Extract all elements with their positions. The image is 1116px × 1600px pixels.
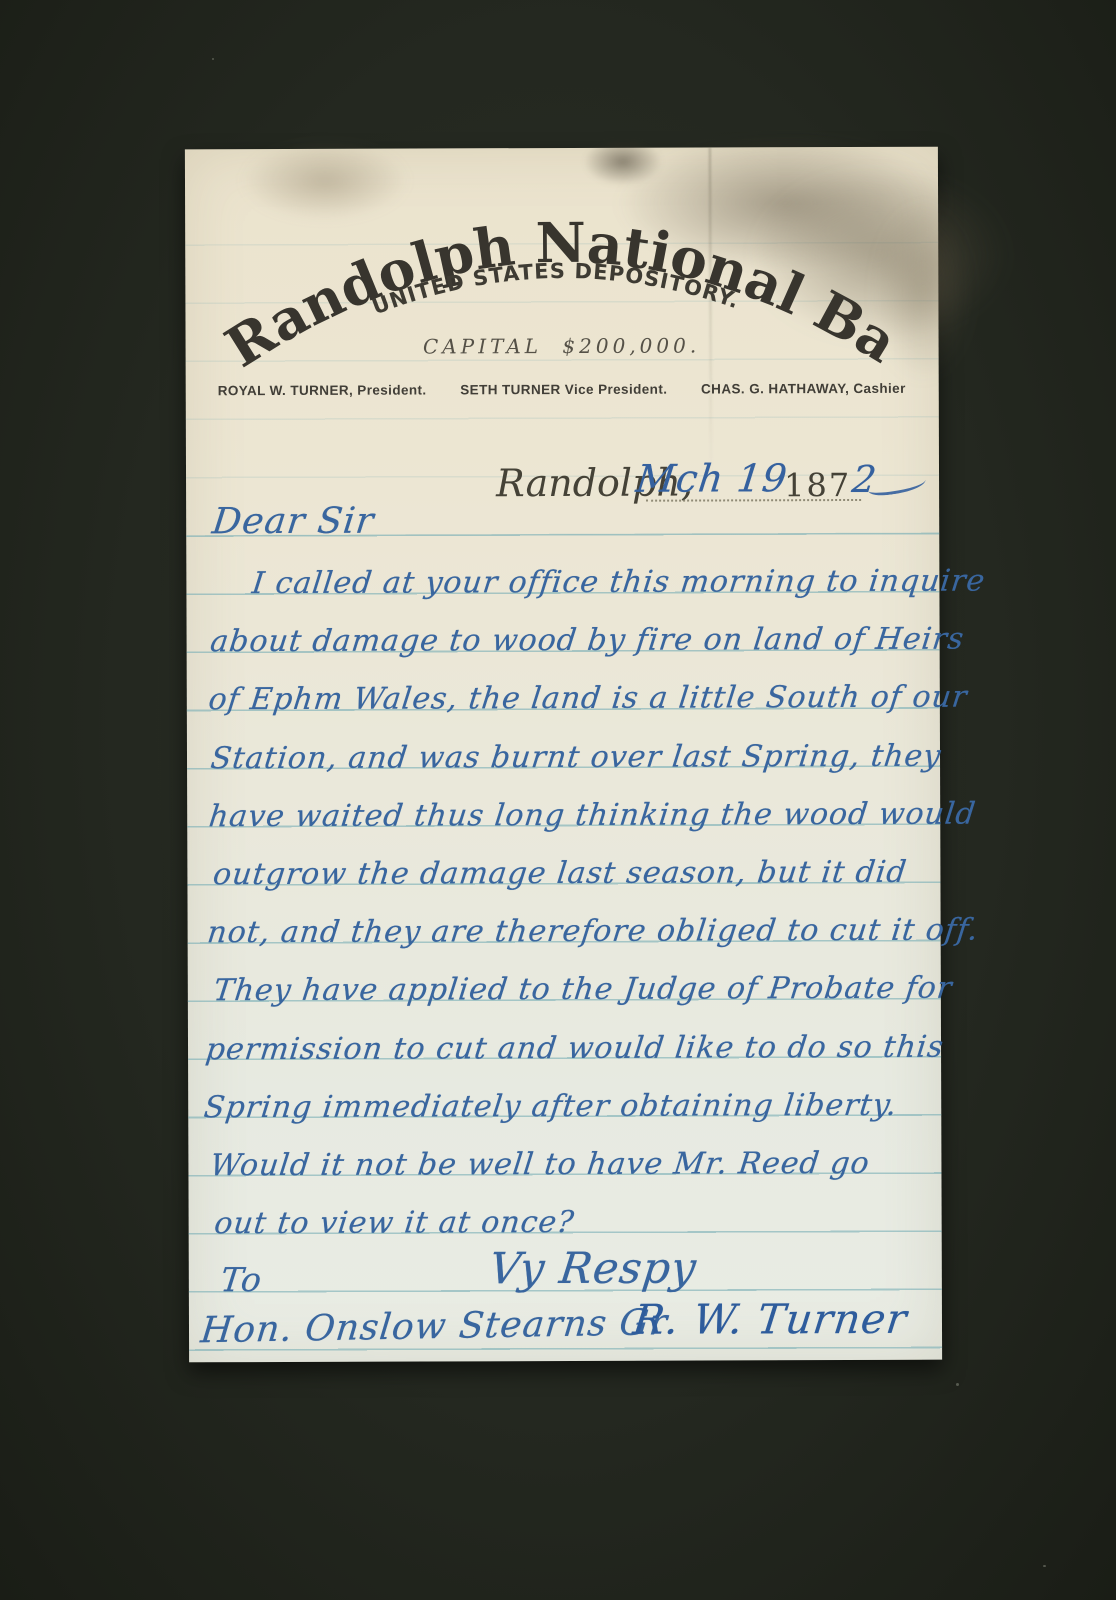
- handwritten-line: out to view it at once?: [213, 1208, 576, 1239]
- addressee: Hon. Onslow Stearns Gr: [199, 1305, 669, 1349]
- dust-speck: [1043, 1565, 1046, 1567]
- handwritten-line: not, and they are therefore obliged to c…: [206, 916, 981, 949]
- officer-cashier: CHAS. G. HATHAWAY, Cashier: [701, 381, 906, 397]
- handwritten-line: Spring immediately after obtaining liber…: [202, 1091, 899, 1123]
- handwritten-line: They have applied to the Judge of Probat…: [212, 974, 954, 1007]
- handwritten-line: have waited thus long thinking the wood …: [207, 800, 977, 833]
- closing-respects: Vy Respy: [487, 1248, 699, 1292]
- signature: R. W. Turner: [631, 1299, 909, 1341]
- letterhead: Randolph National Bank, UNITED STATES DE…: [185, 147, 939, 410]
- salutation: Dear Sir: [210, 504, 376, 541]
- officer-president: ROYAL W. TURNER, President.: [218, 382, 427, 398]
- letter-paper: Randolph National Bank, UNITED STATES DE…: [185, 147, 942, 1363]
- photo-background: Randolph National Bank, UNITED STATES DE…: [0, 0, 1116, 1600]
- dust-speck: [212, 58, 214, 60]
- officer-vice-president: SETH TURNER Vice President.: [460, 382, 667, 398]
- dateline-written-date: Mch 19: [634, 459, 790, 498]
- handwritten-line: outgrow the damage last season, but it d…: [211, 858, 908, 890]
- dateline-printed-year: 187: [784, 469, 851, 501]
- handwritten-line: Station, and was burnt over last Spring,…: [209, 742, 943, 775]
- handwritten-line: I called at your office this morning to …: [250, 567, 986, 600]
- closing-to: To: [219, 1263, 264, 1296]
- handwritten-line: permission to cut and would like to do s…: [204, 1033, 945, 1066]
- handwritten-line: of Ephm Wales, the land is a little Sout…: [207, 683, 969, 716]
- capital-text: CAPITAL $200,000.: [423, 334, 700, 359]
- handwritten-line: Would it not be well to have Mr. Reed go: [208, 1149, 871, 1181]
- handwritten-line: about damage to wood by fire on land of …: [209, 625, 966, 658]
- dust-speck: [956, 1383, 959, 1386]
- officers-line: ROYAL W. TURNER, President. SETH TURNER …: [218, 381, 906, 398]
